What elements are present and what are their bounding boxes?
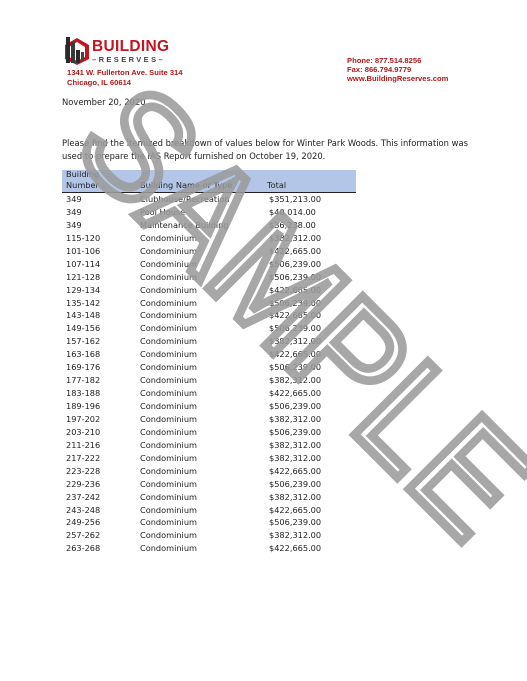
table-row: 211-216Condominium$382,312.00 [62, 439, 356, 452]
building-number: 135-142 [66, 298, 100, 309]
intro-paragraph: Please find the itemized breakdown of va… [62, 137, 482, 163]
total-value: $506,239.00 [269, 401, 321, 412]
building-name: Maintenance Building [140, 220, 229, 231]
brand-name: BUILDING [92, 39, 169, 55]
table-row: 183-188Condominium$422,665.00 [62, 387, 356, 400]
building-name: Condominium [140, 492, 197, 503]
building-name: Condominium [140, 466, 197, 477]
total-value: $36,238.00 [269, 220, 316, 231]
building-number: 129-134 [66, 285, 100, 296]
header-building-number: Building Number [66, 169, 99, 191]
building-number: 121-128 [66, 272, 100, 283]
building-number: 177-182 [66, 375, 100, 386]
table-row: 243-248Condominium$422,665.00 [62, 504, 356, 517]
table-row: 163-168Condominium$422,665.00 [62, 348, 356, 361]
total-value: $382,312.00 [269, 440, 321, 451]
table-row: 237-242Condominium$382,312.00 [62, 491, 356, 504]
table-row: 257-262Condominium$382,312.00 [62, 529, 356, 542]
brand-subtitle: –RESERVES– [92, 56, 169, 64]
total-value: $422,665.00 [269, 505, 321, 516]
building-name: Clubhouse/Recreation [140, 194, 230, 205]
building-name: Condominium [140, 517, 197, 528]
total-value: $382,312.00 [269, 492, 321, 503]
address: 1341 W. Fullerton Ave. Suite 314 Chicago… [67, 68, 183, 87]
total-value: $506,239.00 [269, 362, 321, 373]
building-name: Condominium [140, 349, 197, 360]
table-row: 107-114Condominium$506,239.00 [62, 258, 356, 271]
header-building-name: Building Name or Type [140, 180, 232, 191]
building-name: Condominium [140, 543, 197, 554]
table-row: 129-134Condominium$422,665.00 [62, 284, 356, 297]
total-value: $382,312.00 [269, 233, 321, 244]
table-row: 263-268Condominium$422,665.00 [62, 542, 356, 555]
total-value: $506,239.00 [269, 479, 321, 490]
total-value: $422,665.00 [269, 285, 321, 296]
total-value: $382,312.00 [269, 336, 321, 347]
building-number: 223-228 [66, 466, 100, 477]
building-number: 143-148 [66, 310, 100, 321]
building-name: Condominium [140, 336, 197, 347]
total-value: $422,665.00 [269, 388, 321, 399]
building-number: 229-236 [66, 479, 100, 490]
letter-date: November 20, 2020 [62, 97, 146, 107]
building-name: Condominium [140, 427, 197, 438]
building-number: 157-162 [66, 336, 100, 347]
table-row: 143-148Condominium$422,665.00 [62, 309, 356, 322]
building-name: Condominium [140, 246, 197, 257]
total-value: $422,665.00 [269, 543, 321, 554]
building-logo-icon [64, 36, 90, 66]
letterhead: BUILDING –RESERVES– 1341 W. Fullerton Av… [64, 36, 183, 87]
building-name: Condominium [140, 375, 197, 386]
building-name: Condominium [140, 298, 197, 309]
building-number: 169-176 [66, 362, 100, 373]
total-value: $422,665.00 [269, 310, 321, 321]
building-name: Condominium [140, 530, 197, 541]
building-number: 249-256 [66, 517, 100, 528]
address-line-2: Chicago, IL 60614 [67, 78, 183, 88]
table-row: 169-176Condominium$506,239.00 [62, 361, 356, 374]
total-value: $382,312.00 [269, 453, 321, 464]
address-line-1: 1341 W. Fullerton Ave. Suite 314 [67, 68, 183, 78]
table-row: 101-106Condominium$422,665.00 [62, 245, 356, 258]
building-number: 115-120 [66, 233, 100, 244]
table-row: 115-120Condominium$382,312.00 [62, 232, 356, 245]
total-value: $422,665.00 [269, 466, 321, 477]
building-name: Condominium [140, 285, 197, 296]
building-name: Condominium [140, 233, 197, 244]
building-name: Condominium [140, 259, 197, 270]
total-value: $506,239.00 [269, 298, 321, 309]
table-body: 349Clubhouse/Recreation$351,213.00349Poo… [62, 193, 356, 555]
building-number: 203-210 [66, 427, 100, 438]
building-name: Condominium [140, 453, 197, 464]
building-number: 149-156 [66, 323, 100, 334]
total-value: $506,239.00 [269, 272, 321, 283]
building-number: 107-114 [66, 259, 100, 270]
table-row: 149-156Condominium$506,239.00 [62, 322, 356, 335]
total-value: $506,239.00 [269, 323, 321, 334]
building-number: 257-262 [66, 530, 100, 541]
table-row: 349Pool House$40,014.00 [62, 206, 356, 219]
contact-info: Phone: 877.514.8256 Fax: 866.794.9779 ww… [347, 56, 448, 84]
header-building-number-line2: Number [66, 180, 99, 191]
building-name: Condominium [140, 505, 197, 516]
building-name: Condominium [140, 362, 197, 373]
building-number: 163-168 [66, 349, 100, 360]
total-value: $422,665.00 [269, 349, 321, 360]
header-total: Total [267, 180, 286, 191]
total-value: $506,239.00 [269, 427, 321, 438]
table-row: 121-128Condominium$506,239.00 [62, 271, 356, 284]
building-name: Condominium [140, 401, 197, 412]
building-number: 217-222 [66, 453, 100, 464]
total-value: $506,239.00 [269, 517, 321, 528]
building-number: 183-188 [66, 388, 100, 399]
table-row: 197-202Condominium$382,312.00 [62, 413, 356, 426]
table-row: 349Clubhouse/Recreation$351,213.00 [62, 193, 356, 206]
building-name: Condominium [140, 323, 197, 334]
building-name: Condominium [140, 272, 197, 283]
building-number: 101-106 [66, 246, 100, 257]
building-name: Condominium [140, 388, 197, 399]
table-row: 249-256Condominium$506,239.00 [62, 516, 356, 529]
building-number: 197-202 [66, 414, 100, 425]
logo: BUILDING –RESERVES– [64, 36, 183, 66]
building-name: Condominium [140, 414, 197, 425]
table-row: 229-236Condominium$506,239.00 [62, 478, 356, 491]
table-header: Building Number Building Name or Type To… [62, 170, 356, 193]
table-row: 177-182Condominium$382,312.00 [62, 374, 356, 387]
total-value: $382,312.00 [269, 375, 321, 386]
total-value: $40,014.00 [269, 207, 316, 218]
building-number: 237-242 [66, 492, 100, 503]
building-number: 349 [66, 207, 82, 218]
building-name: Condominium [140, 479, 197, 490]
table-row: 157-162Condominium$382,312.00 [62, 335, 356, 348]
fax: Fax: 866.794.9779 [347, 65, 448, 74]
values-table: Building Number Building Name or Type To… [62, 170, 356, 555]
building-name: Condominium [140, 310, 197, 321]
building-name: Pool House [140, 207, 185, 218]
building-number: 349 [66, 220, 82, 231]
table-row: 189-196Condominium$506,239.00 [62, 400, 356, 413]
table-row: 223-228Condominium$422,665.00 [62, 465, 356, 478]
website-link[interactable]: www.BuildingReserves.com [347, 74, 448, 83]
total-value: $506,239.00 [269, 259, 321, 270]
table-row: 217-222Condominium$382,312.00 [62, 452, 356, 465]
table-row: 349Maintenance Building$36,238.00 [62, 219, 356, 232]
building-number: 189-196 [66, 401, 100, 412]
building-number: 263-268 [66, 543, 100, 554]
total-value: $351,213.00 [269, 194, 321, 205]
table-row: 135-142Condominium$506,239.00 [62, 297, 356, 310]
building-number: 243-248 [66, 505, 100, 516]
header-building-number-line1: Building [66, 169, 99, 180]
building-number: 349 [66, 194, 82, 205]
building-number: 211-216 [66, 440, 100, 451]
building-name: Condominium [140, 440, 197, 451]
table-row: 203-210Condominium$506,239.00 [62, 426, 356, 439]
total-value: $382,312.00 [269, 414, 321, 425]
phone: Phone: 877.514.8256 [347, 56, 448, 65]
total-value: $382,312.00 [269, 530, 321, 541]
total-value: $422,665.00 [269, 246, 321, 257]
